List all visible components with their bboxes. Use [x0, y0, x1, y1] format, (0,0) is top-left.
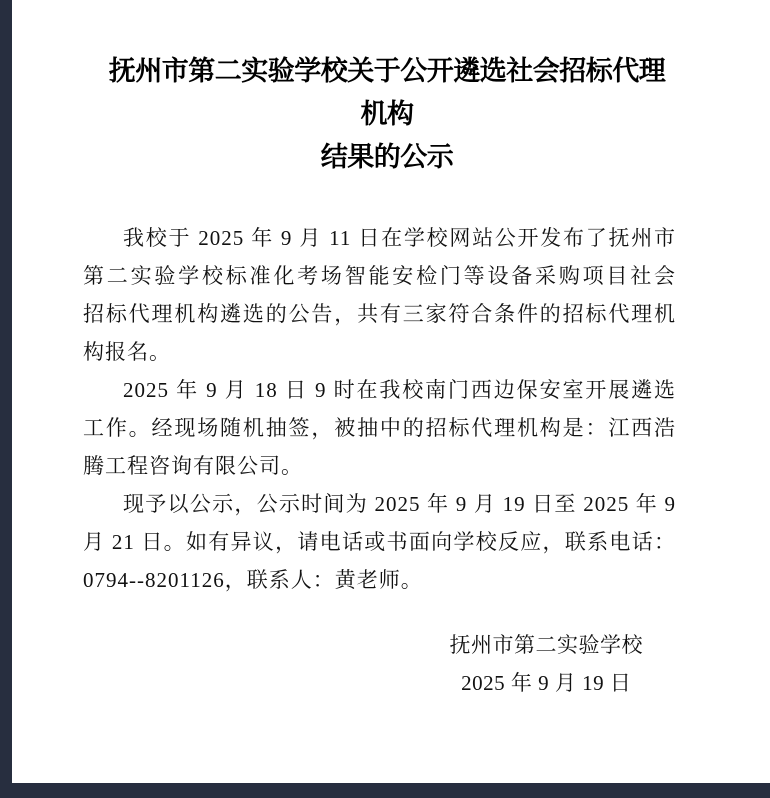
document-title: 抚州市第二实验学校关于公开遴选社会招标代理机构 结果的公示: [83, 0, 676, 179]
viewer-edge-bottom: [0, 783, 770, 798]
document-title-line1: 抚州市第二实验学校关于公开遴选社会招标代理机构: [98, 50, 676, 136]
viewer-edge-left: [0, 0, 12, 798]
signature-block: 抚州市第二实验学校 2025 年 9 月 19 日: [83, 626, 676, 702]
document-title-line2: 结果的公示: [98, 136, 676, 179]
doc-line: 0794--8201126，联系人：黄老师。: [83, 561, 676, 599]
signature-inner: 抚州市第二实验学校 2025 年 9 月 19 日: [450, 626, 644, 702]
doc-line: 月 21 日。如有异议，请电话或书面向学校反应，联系电话：: [83, 523, 676, 561]
doc-line: 现予以公示，公示时间为 2025 年 9 月 19 日至 2025 年 9: [83, 485, 676, 523]
signature-date: 2025 年 9 月 19 日: [450, 664, 644, 702]
document-body: 我校于 2025 年 9 月 11 日在学校网站公开发布了抚州市第二实验学校标准…: [83, 219, 676, 599]
doc-line: 第二实验学校标准化考场智能安检门等设备采购项目社会: [83, 257, 676, 295]
doc-line: 工作。经现场随机抽签，被抽中的招标代理机构是：江西浩: [83, 409, 676, 447]
doc-line: 构报名。: [83, 333, 676, 371]
document-page: 抚州市第二实验学校关于公开遴选社会招标代理机构 结果的公示 我校于 2025 年…: [83, 0, 676, 702]
doc-line: 腾工程咨询有限公司。: [83, 447, 676, 485]
doc-line: 招标代理机构遴选的公告，共有三家符合条件的招标代理机: [83, 295, 676, 333]
doc-line: 2025 年 9 月 18 日 9 时在我校南门西边保安室开展遴选: [83, 371, 676, 409]
doc-line: 我校于 2025 年 9 月 11 日在学校网站公开发布了抚州市: [83, 219, 676, 257]
signature-org: 抚州市第二实验学校: [450, 626, 644, 664]
